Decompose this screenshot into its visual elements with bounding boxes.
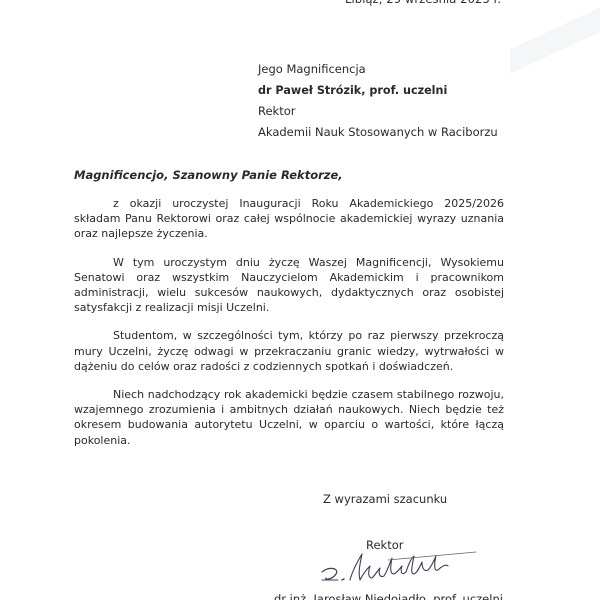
handwritten-signature-icon: [318, 550, 478, 588]
salutation: Magnificencjo, Szanowny Panie Rektorze,: [74, 168, 343, 182]
addressee-name: dr Paweł Strózik, prof. uczelni: [258, 80, 498, 101]
addressee-honorific: Jego Magnificencja: [258, 59, 498, 80]
addressee-title: Rektor: [258, 101, 498, 122]
addressee-institution: Akademii Nauk Stosowanych w Raciborzu: [258, 122, 498, 143]
addressee-block: Jego Magnificencja dr Paweł Strózik, pro…: [258, 59, 498, 143]
watermark-shape: [510, 0, 600, 80]
letter-body: z okazji uroczystej Inauguracji Roku Aka…: [74, 196, 504, 461]
body-paragraph: W tym uroczystym dniu życzę Waszej Magni…: [74, 255, 504, 316]
letter-page: Libiąż, 29 września 2025 r. Jego Magnifi…: [0, 0, 600, 600]
body-paragraph: Studentom, w szczególności tym, którzy p…: [74, 328, 504, 374]
letter-date: Libiąż, 29 września 2025 r.: [345, 0, 501, 6]
signer-name: dr inż. Jarosław Niedojadło, prof. uczel…: [274, 592, 503, 600]
body-paragraph: Niech nadchodzący rok akademicki będzie …: [74, 387, 504, 448]
body-paragraph: z okazji uroczystej Inauguracji Roku Aka…: [74, 196, 504, 242]
closing-phrase: Z wyrazami szacunku: [323, 492, 447, 506]
